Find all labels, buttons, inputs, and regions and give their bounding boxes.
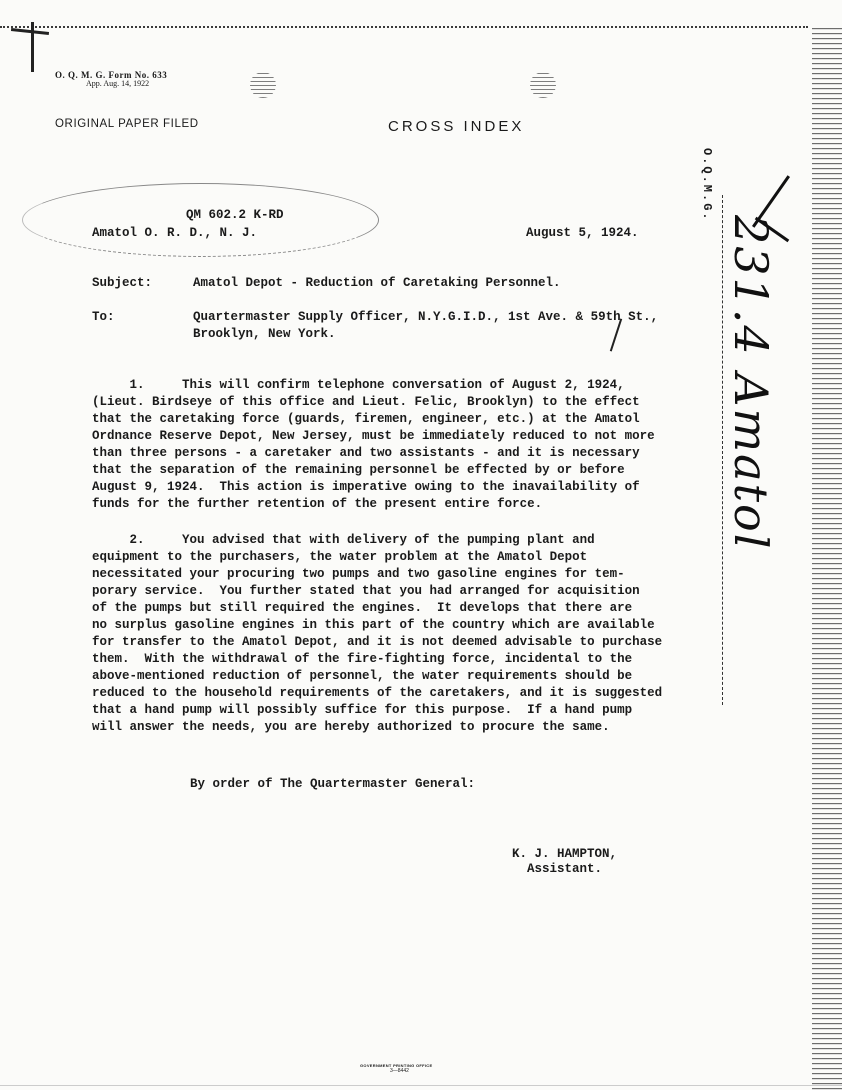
file-number: QM 602.2 K-RD bbox=[186, 207, 284, 224]
form-approved-date: App. Aug. 14, 1922 bbox=[86, 79, 149, 88]
subject-label: Subject: bbox=[92, 275, 152, 292]
letter-date: August 5, 1924. bbox=[526, 225, 639, 242]
punch-hole-icon bbox=[250, 72, 276, 98]
to-label: To: bbox=[92, 309, 115, 326]
corner-cross-mark-bar bbox=[11, 28, 49, 35]
oqmg-stamp: O.Q.M.G. bbox=[700, 148, 714, 222]
paragraph-1: 1. This will confirm telephone conversat… bbox=[92, 377, 732, 513]
signer-title: Assistant. bbox=[527, 861, 602, 878]
handwritten-file-note: 231.4 Amatol bbox=[728, 215, 774, 550]
origin-place: Amatol O. R. D., N. J. bbox=[92, 225, 257, 242]
printer-code: 3—8442 bbox=[390, 1068, 409, 1074]
by-order-line: By order of The Quartermaster General: bbox=[190, 776, 475, 793]
punch-hole-icon bbox=[530, 72, 556, 98]
scanned-edge-strip bbox=[812, 28, 842, 1090]
to-address: Quartermaster Supply Officer, N.Y.G.I.D.… bbox=[193, 309, 658, 343]
original-paper-filed-label: ORIGINAL PAPER FILED bbox=[55, 118, 199, 130]
top-dotted-rule bbox=[0, 26, 808, 28]
bottom-rule bbox=[0, 1085, 842, 1086]
cross-index-title: CROSS INDEX bbox=[388, 118, 524, 135]
paragraph-2: 2. You advised that with delivery of the… bbox=[92, 532, 732, 736]
vertical-dashed-rule bbox=[722, 195, 723, 705]
subject-text: Amatol Depot - Reduction of Caretaking P… bbox=[193, 275, 561, 292]
